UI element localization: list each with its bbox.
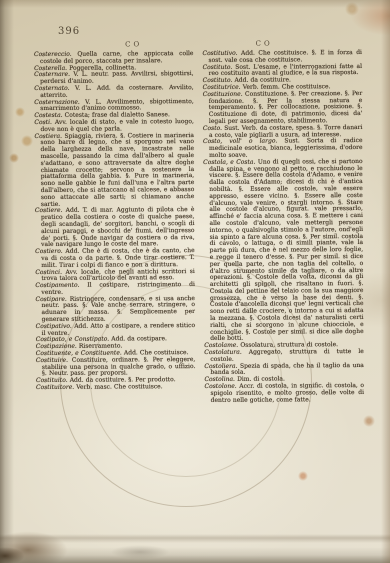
dictionary-entry: Costipare. Ristringere, condensare, e si… [35,296,195,324]
book-page: 396 CO Costereccio. Quella carne, che ap… [0,0,390,563]
entry-definition: Add. T. di mar. Aggiunto di pilota che è… [41,206,195,248]
entry-definition: Sust. Verb. da costare, spesa. §. Torre … [209,124,362,139]
entry-definition: Sost. L'esame, e l'interrogazioni fatte … [209,63,362,78]
right-column-header: CO [184,39,344,48]
entry-term: Costituitore. [36,384,74,391]
dictionary-entry: Costola, e Costa. Uno di quegli ossi, ch… [203,159,364,343]
entry-definition: Avv. locale di stato, e vale in cotesto … [40,118,193,133]
page-number: 396 [58,26,80,37]
dictionary-entry: Costiere. Add. T. di mar. Aggiunto di pi… [35,207,195,249]
dictionary-entry: Costo, voll' o largo. Sust. Sorta di rad… [203,138,363,159]
entry-definition: Uno di quegli ossi, che si partono dalla… [209,158,364,343]
left-column: CO Costereccio. Quella carne, che appicc… [34,40,196,405]
entry-definition: Spiaggia, riviera. §. Costiere in marine… [40,132,194,208]
entry-definition: Add. Che è di costa, che è da canto, che… [41,247,195,269]
dictionary-entry: Costiero. Add. Che è di costa, che è da … [35,248,195,269]
dictionary-entry: Costiera. Spiaggia, riviera. §. Costiere… [34,133,194,209]
dictionary-entry: Costituire. Constituire, ordinare. §. Pe… [36,357,196,378]
right-column: CO Costitutivo. Add. Che costituisce. §.… [202,39,364,404]
text-columns: CO Costereccio. Quella carne, che appicc… [34,39,364,405]
entry-definition: Verb. masc. Che costituisce. [74,383,163,391]
entry-definition: Avv. locale, che negli antichi scrittori… [41,268,194,283]
dictionary-entry: Costituitore. Verb. masc. Che costituisc… [36,384,196,392]
right-column-entries: Costitutivo. Add. Che costituisce. §. E … [202,50,364,404]
dictionary-entry: Costolone. Accr. di costola, in signific… [204,383,364,404]
dictionary-entry: Costituzione. Constituzione. §. Per crea… [203,91,363,126]
left-column-entries: Costereccio. Quella carne, che appiccata… [34,51,196,392]
